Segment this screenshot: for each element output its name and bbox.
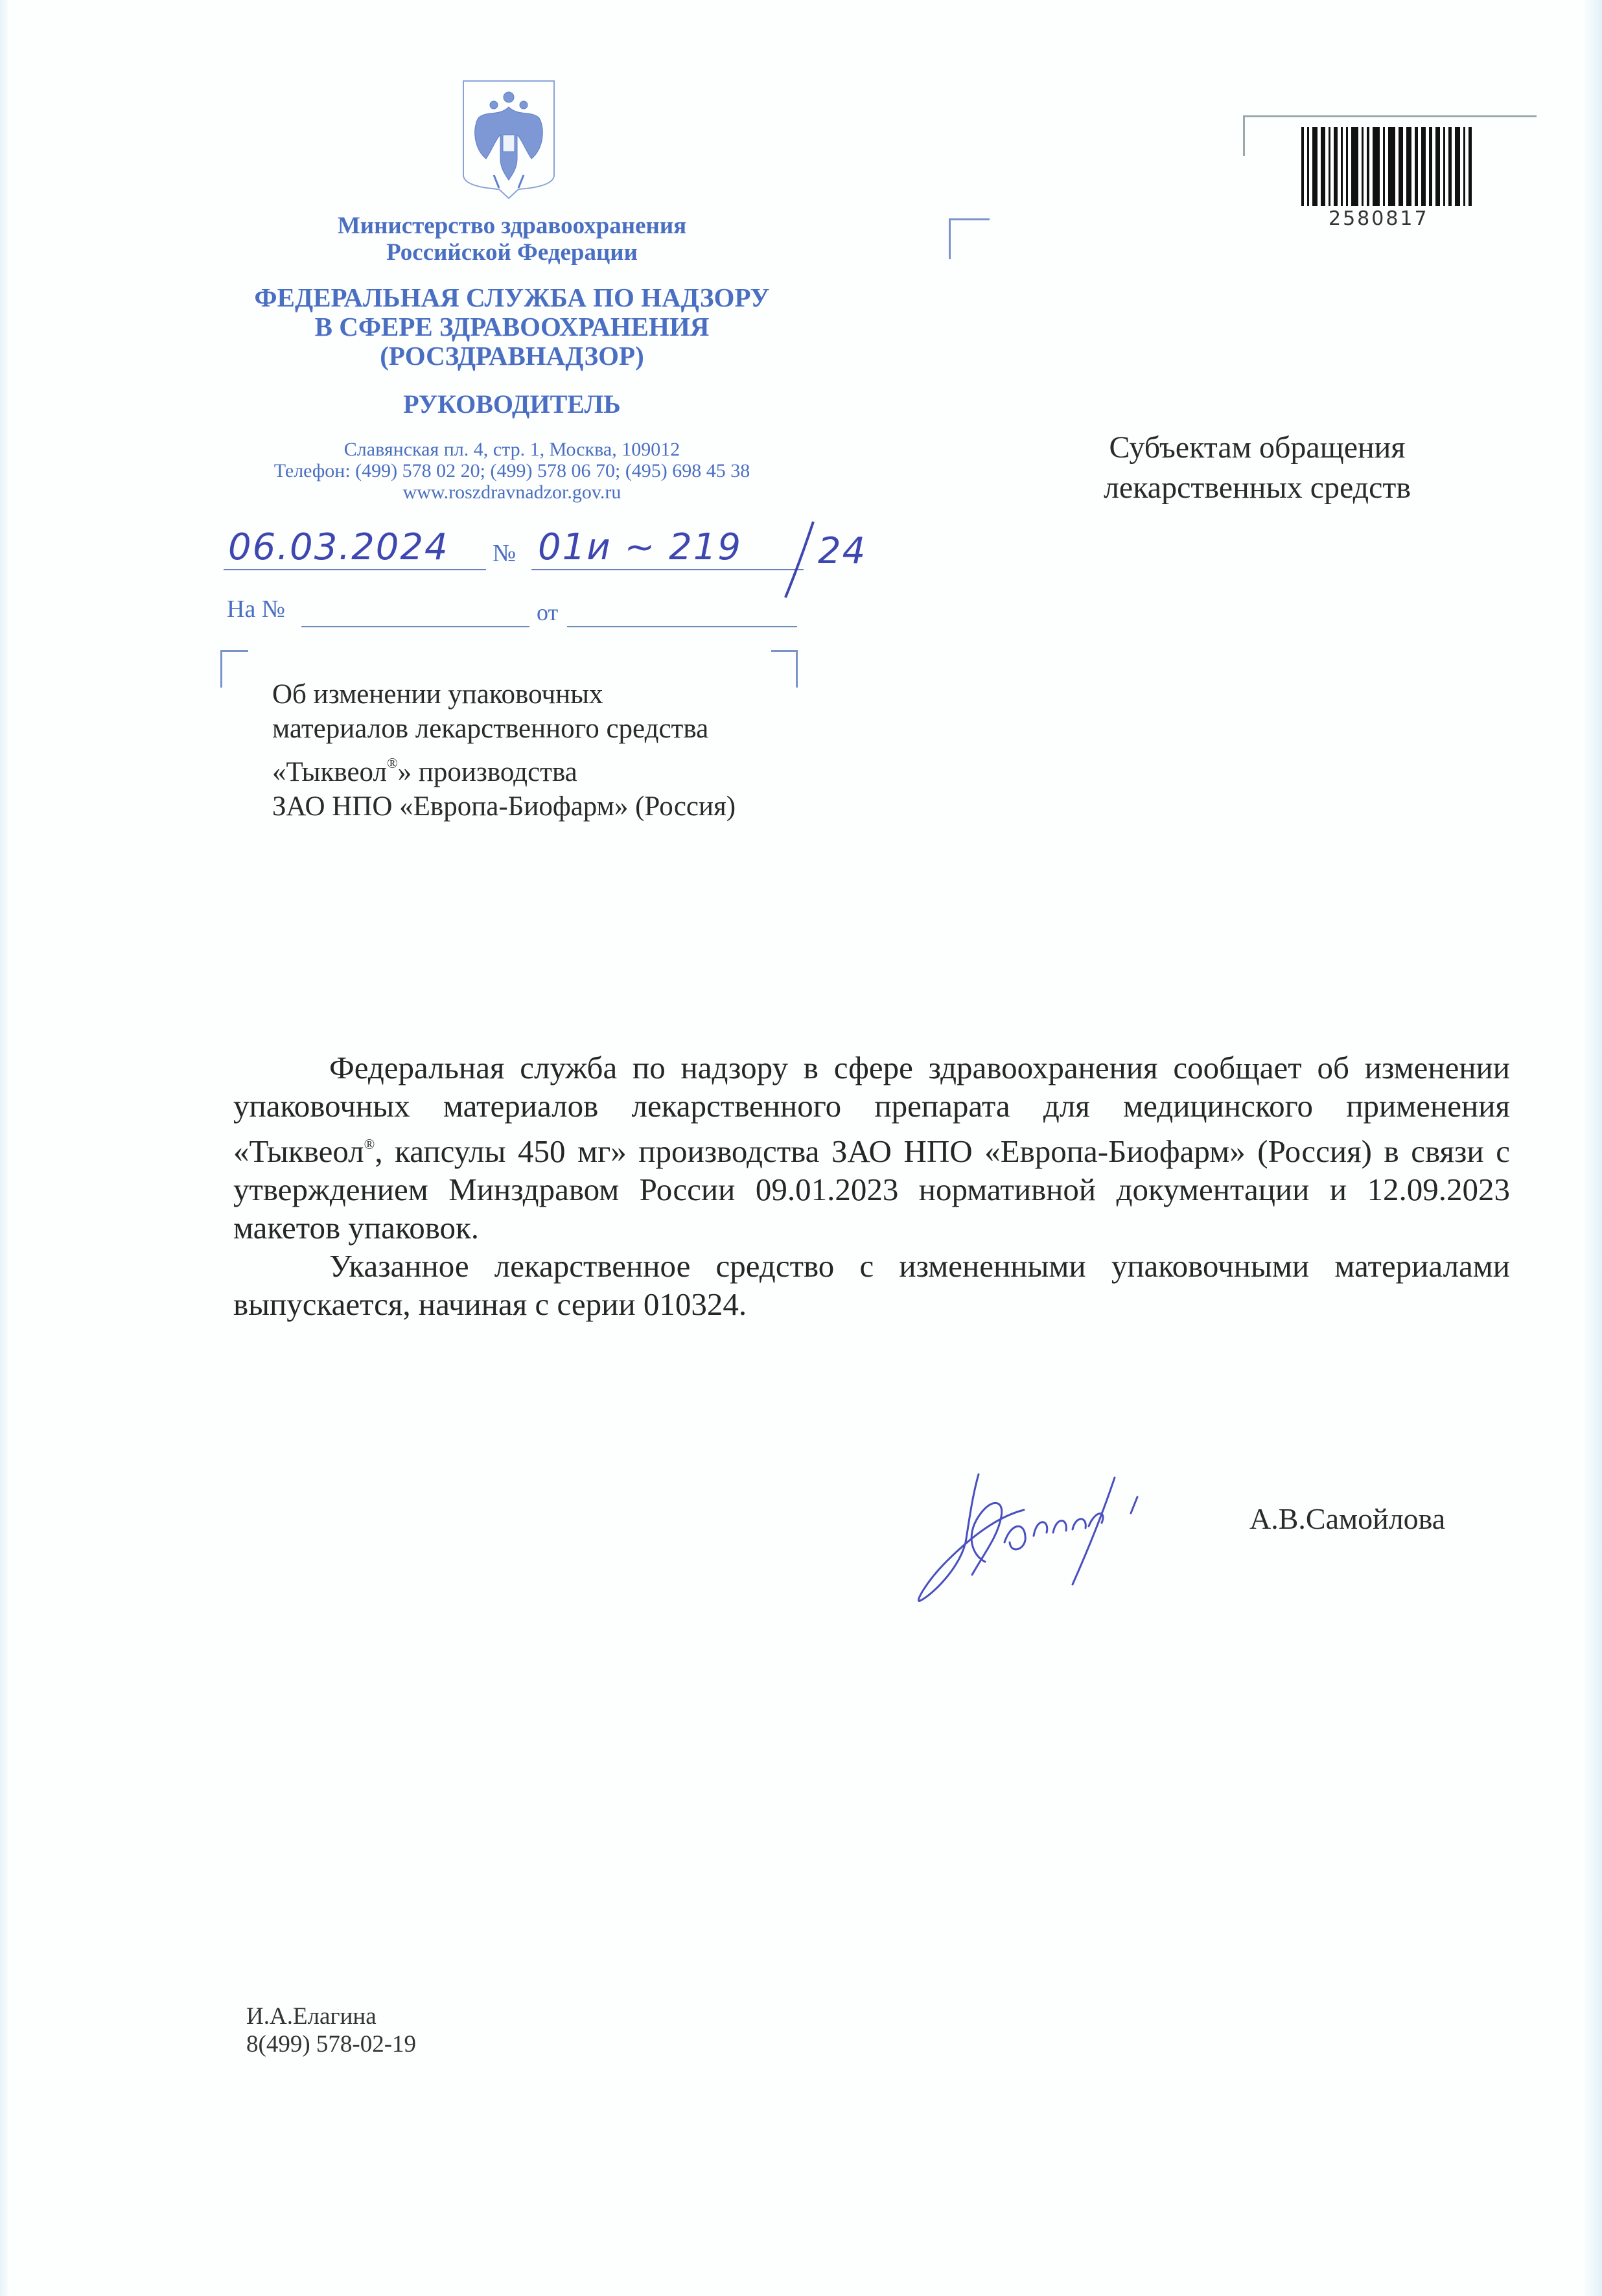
- service-name: ФЕДЕРАЛЬНАЯ СЛУЖБА ПО НАДЗОРУ В СФЕРЕ ЗД…: [220, 283, 804, 371]
- number-underline: [531, 569, 804, 570]
- ministry-line-1: Министерство здравоохранения: [233, 213, 791, 239]
- registered-mark: ®: [387, 755, 398, 771]
- coat-of-arms-icon: [460, 78, 557, 201]
- handwritten-number: 01и ~ 219: [538, 526, 742, 568]
- subject-line-4: ЗАО НПО «Европа-Биофарм» (Россия): [272, 789, 855, 824]
- website-link[interactable]: www.roszdravnadzor.gov.ru: [214, 481, 810, 503]
- handwritten-date: 06.03.2024: [228, 526, 449, 568]
- reply-date-field: [567, 626, 797, 627]
- subject-line-3: «Тыквеол®» производства: [272, 746, 855, 789]
- addressee: Субъектам обращения лекарственных средст…: [1030, 428, 1484, 508]
- letter-body: Федеральная служба по надзору в сфере зд…: [233, 1049, 1510, 1323]
- service-line-2: В СФЕРЕ ЗДРАВООХРАНЕНИЯ: [220, 312, 804, 342]
- reply-number-field: [301, 626, 529, 627]
- number-sign: №: [493, 539, 516, 568]
- subject-line-3-rest: » производства: [398, 757, 577, 787]
- contact-block: Славянская пл. 4, стр. 1, Москва, 109012…: [214, 439, 810, 503]
- signer-name: А.В.Самойлова: [1249, 1502, 1445, 1536]
- postal-address: Славянская пл. 4, стр. 1, Москва, 109012: [214, 439, 810, 460]
- letter-page: Министерство здравоохранения Российской …: [0, 0, 1602, 2296]
- position-title: РУКОВОДИТЕЛЬ: [220, 389, 804, 419]
- address-bracket-left: [949, 218, 990, 259]
- service-line-3: (РОСЗДРАВНАДЗОР): [220, 342, 804, 371]
- addressee-line-2: лекарственных средств: [1030, 468, 1484, 508]
- subject-line-1: Об изменении упаковочных: [272, 677, 855, 712]
- registered-mark: ®: [364, 1136, 375, 1152]
- subject-line-2: материалов лекарственного средства: [272, 712, 855, 746]
- reply-number-label: На №: [227, 595, 285, 623]
- phone-numbers: Телефон: (499) 578 02 20; (499) 578 06 7…: [214, 460, 810, 481]
- executor-phone: 8(499) 578-02-19: [246, 2030, 416, 2058]
- scan-edge-left: [0, 0, 9, 2296]
- date-underline: [224, 569, 486, 570]
- subject-product-name: «Тыквеол: [272, 757, 387, 787]
- executor-info: И.А.Елагина 8(499) 578-02-19: [246, 2002, 416, 2058]
- handwritten-number-year: 24: [818, 530, 866, 572]
- handwritten-signature-icon: [907, 1445, 1244, 1614]
- slash-stroke-icon: [778, 518, 817, 603]
- reply-from-label: от: [537, 599, 558, 626]
- letter-subject: Об изменении упаковочных материалов лека…: [272, 677, 855, 824]
- service-line-1: ФЕДЕРАЛЬНАЯ СЛУЖБА ПО НАДЗОРУ: [220, 283, 804, 312]
- body-p1-part-b: , капсулы 450 мг» производства ЗАО НПО «…: [233, 1133, 1510, 1246]
- addressee-line-1: Субъектам обращения: [1030, 428, 1484, 468]
- barcode: [1301, 127, 1488, 206]
- ministry-name: Министерство здравоохранения Российской …: [233, 213, 791, 266]
- scan-edge-right: [1583, 0, 1602, 2296]
- body-paragraph-1: Федеральная служба по надзору в сфере зд…: [233, 1049, 1510, 1247]
- executor-name: И.А.Елагина: [246, 2002, 416, 2030]
- barcode-number: 2580817: [1329, 207, 1465, 230]
- ministry-line-2: Российской Федерации: [233, 239, 791, 266]
- subject-bracket-left: [220, 650, 248, 688]
- body-paragraph-2: Указанное лекарственное средство с измен…: [233, 1247, 1510, 1323]
